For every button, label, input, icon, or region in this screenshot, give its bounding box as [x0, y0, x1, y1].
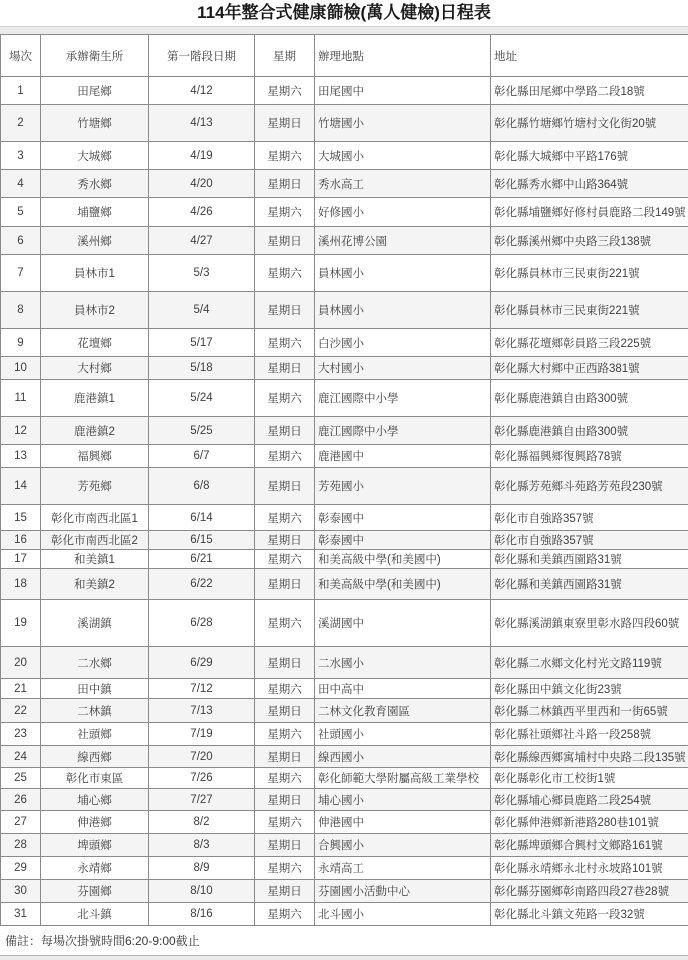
cell-address: 彰化縣芳苑鄉斗苑路芳苑段230號 — [491, 468, 688, 505]
cell-address: 彰化縣鹿港鎮自由路300號 — [491, 417, 688, 445]
cell-weekday: 星期六 — [255, 380, 315, 417]
cell-weekday: 星期日 — [255, 569, 315, 600]
cell-no: 20 — [1, 647, 41, 679]
table-row: 31北斗鎮8/16星期六北斗國小彰化縣北斗鎮文苑路一段32號 — [1, 903, 688, 926]
cell-weekday: 星期日 — [255, 105, 315, 142]
cell-location: 北斗國小 — [315, 903, 491, 926]
table-row: 9花壇鄉5/17星期六白沙國小彰化縣花壇鄉彰員路三段225號 — [1, 329, 688, 357]
cell-date: 7/26 — [149, 768, 255, 789]
cell-no: 1 — [1, 77, 41, 105]
table-row: 24線西鄉7/20星期日線西國小彰化縣線西鄉寓埔村中央路二段135號 — [1, 746, 688, 768]
cell-location: 線西國小 — [315, 746, 491, 768]
schedule-page: 114年整合式健康篩檢(萬人健檢)日程表 場次 承辦衛生所 第一階段日期 星期 … — [0, 0, 688, 960]
cell-office: 員林市2 — [41, 292, 149, 329]
cell-weekday: 星期日 — [255, 170, 315, 198]
cell-location: 大村國小 — [315, 357, 491, 380]
cell-office: 北斗鎮 — [41, 903, 149, 926]
cell-weekday: 星期日 — [255, 292, 315, 329]
table-row: 15彰化市南西北區16/14星期六彰泰國中彰化市自強路357號 — [1, 505, 688, 531]
bottom-strip — [0, 956, 688, 960]
cell-address: 彰化縣北斗鎮文苑路一段32號 — [491, 903, 688, 926]
cell-address: 彰化縣芬園鄉彰南路四段27巷28號 — [491, 880, 688, 903]
cell-weekday: 星期日 — [255, 880, 315, 903]
cell-office: 埤頭鄉 — [41, 834, 149, 857]
cell-office: 田中鎮 — [41, 679, 149, 699]
page-title: 114年整合式健康篩檢(萬人健檢)日程表 — [0, 0, 688, 26]
cell-office: 二林鎮 — [41, 699, 149, 723]
cell-location: 溪州花博公園 — [315, 227, 491, 255]
cell-date: 5/17 — [149, 329, 255, 357]
cell-date: 5/3 — [149, 255, 255, 292]
table-row: 16彰化市南西北區26/15星期日彰泰國中彰化市自強路357號 — [1, 531, 688, 550]
cell-no: 6 — [1, 227, 41, 255]
cell-date: 5/4 — [149, 292, 255, 329]
cell-office: 大城鄉 — [41, 142, 149, 170]
cell-no: 29 — [1, 857, 41, 880]
cell-location: 伸港國中 — [315, 811, 491, 834]
cell-date: 8/10 — [149, 880, 255, 903]
cell-location: 員林國小 — [315, 292, 491, 329]
table-row: 27伸港鄉8/2星期六伸港國中彰化縣伸港鄉新港路280巷101號 — [1, 811, 688, 834]
cell-no: 3 — [1, 142, 41, 170]
cell-address: 彰化縣大村鄉中正西路381號 — [491, 357, 688, 380]
cell-location: 員林國小 — [315, 255, 491, 292]
cell-address: 彰化縣線西鄉寓埔村中央路二段135號 — [491, 746, 688, 768]
cell-location: 好修國小 — [315, 198, 491, 227]
cell-location: 秀水高工 — [315, 170, 491, 198]
cell-address: 彰化縣埤頭鄉合興村文鄉路161號 — [491, 834, 688, 857]
cell-office: 花壇鄉 — [41, 329, 149, 357]
cell-weekday: 星期六 — [255, 550, 315, 569]
cell-location: 芳苑國小 — [315, 468, 491, 505]
cell-date: 8/2 — [149, 811, 255, 834]
cell-address: 彰化縣永靖鄉永北村永坡路101號 — [491, 857, 688, 880]
cell-address: 彰化縣田中鎮文化街23號 — [491, 679, 688, 699]
table-row: 28埤頭鄉8/3星期日合興國小彰化縣埤頭鄉合興村文鄉路161號 — [1, 834, 688, 857]
cell-office: 彰化市南西北區1 — [41, 505, 149, 531]
title-divider — [0, 26, 688, 34]
cell-location: 鹿江國際中小學 — [315, 380, 491, 417]
table-row: 22二林鎮7/13星期日二林文化教育園區彰化縣二林鎮西平里西和一街65號 — [1, 699, 688, 723]
cell-location: 鹿港國中 — [315, 445, 491, 468]
cell-office: 大村鄉 — [41, 357, 149, 380]
table-row: 29永靖鄉8/9星期六永靖高工彰化縣永靖鄉永北村永坡路101號 — [1, 857, 688, 880]
cell-office: 芬園鄉 — [41, 880, 149, 903]
cell-address: 彰化縣伸港鄉新港路280巷101號 — [491, 811, 688, 834]
cell-location: 彰化師範大學附屬高級工業學校 — [315, 768, 491, 789]
cell-weekday: 星期日 — [255, 417, 315, 445]
cell-no: 19 — [1, 600, 41, 647]
cell-no: 17 — [1, 550, 41, 569]
cell-address: 彰化縣員林市三民東街221號 — [491, 255, 688, 292]
cell-weekday: 星期六 — [255, 857, 315, 880]
cell-weekday: 星期日 — [255, 746, 315, 768]
cell-address: 彰化縣二水鄉文化村光文路119號 — [491, 647, 688, 679]
table-row: 26埔心鄉7/27星期日埔心國小彰化縣埔心鄉員鹿路二段254號 — [1, 789, 688, 811]
cell-no: 14 — [1, 468, 41, 505]
table-row: 20二水鄉6/29星期日二水國小彰化縣二水鄉文化村光文路119號 — [1, 647, 688, 679]
table-row: 13福興鄉6/7星期六鹿港國中彰化縣福興鄉復興路78號 — [1, 445, 688, 468]
table-row: 30芬園鄉8/10星期日芬園國小活動中心彰化縣芬園鄉彰南路四段27巷28號 — [1, 880, 688, 903]
cell-weekday: 星期六 — [255, 329, 315, 357]
cell-address: 彰化縣埔鹽鄉好修村員鹿路二段149號 — [491, 198, 688, 227]
cell-date: 4/20 — [149, 170, 255, 198]
cell-date: 8/9 — [149, 857, 255, 880]
cell-no: 23 — [1, 723, 41, 746]
cell-date: 5/24 — [149, 380, 255, 417]
table-row: 23社頭鄉7/19星期六社頭國小彰化縣社頭鄉社斗路一段258號 — [1, 723, 688, 746]
table-row: 7員林市15/3星期六員林國小彰化縣員林市三民東街221號 — [1, 255, 688, 292]
cell-weekday: 星期六 — [255, 505, 315, 531]
table-row: 3大城鄉4/19星期六大城國小彰化縣大城鄉中平路176號 — [1, 142, 688, 170]
cell-location: 竹塘國小 — [315, 105, 491, 142]
cell-address: 彰化縣秀水鄉中山路364號 — [491, 170, 688, 198]
cell-weekday: 星期六 — [255, 679, 315, 699]
table-row: 4秀水鄉4/20星期日秀水高工彰化縣秀水鄉中山路364號 — [1, 170, 688, 198]
cell-office: 員林市1 — [41, 255, 149, 292]
cell-weekday: 星期日 — [255, 531, 315, 550]
cell-address: 彰化縣花壇鄉彰員路三段225號 — [491, 329, 688, 357]
cell-date: 7/27 — [149, 789, 255, 811]
col-header-date: 第一階段日期 — [149, 35, 255, 77]
cell-address: 彰化縣田尾鄉中學路二段18號 — [491, 77, 688, 105]
cell-weekday: 星期日 — [255, 357, 315, 380]
table-row: 6溪州鄉4/27星期日溪州花博公園彰化縣溪州鄉中央路三段138號 — [1, 227, 688, 255]
cell-weekday: 星期六 — [255, 723, 315, 746]
cell-weekday: 星期六 — [255, 768, 315, 789]
cell-address: 彰化縣二林鎮西平里西和一街65號 — [491, 699, 688, 723]
table-row: 10大村鄉5/18星期日大村國小彰化縣大村鄉中正西路381號 — [1, 357, 688, 380]
table-row: 11鹿港鎮15/24星期六鹿江國際中小學彰化縣鹿港鎮自由路300號 — [1, 380, 688, 417]
cell-date: 6/7 — [149, 445, 255, 468]
cell-office: 彰化市南西北區2 — [41, 531, 149, 550]
cell-location: 芬園國小活動中心 — [315, 880, 491, 903]
table-row: 21田中鎮7/12星期六田中高中彰化縣田中鎮文化街23號 — [1, 679, 688, 699]
cell-date: 8/3 — [149, 834, 255, 857]
cell-date: 7/19 — [149, 723, 255, 746]
table-row: 2竹塘鄉4/13星期日竹塘國小彰化縣竹塘鄉竹塘村文化街20號 — [1, 105, 688, 142]
cell-office: 秀水鄉 — [41, 170, 149, 198]
cell-date: 7/12 — [149, 679, 255, 699]
cell-address: 彰化縣和美鎮西園路31號 — [491, 550, 688, 569]
table-row: 19溪湖鎮6/28星期六溪湖國中彰化縣溪湖鎮東寮里彰水路四段60號 — [1, 600, 688, 647]
header-row: 場次 承辦衛生所 第一階段日期 星期 辦理地點 地址 — [1, 35, 688, 77]
col-header-weekday: 星期 — [255, 35, 315, 77]
cell-date: 6/28 — [149, 600, 255, 647]
cell-location: 田尾國中 — [315, 77, 491, 105]
cell-no: 27 — [1, 811, 41, 834]
cell-address: 彰化縣溪湖鎮東寮里彰水路四段60號 — [491, 600, 688, 647]
cell-date: 8/16 — [149, 903, 255, 926]
cell-no: 12 — [1, 417, 41, 445]
cell-no: 15 — [1, 505, 41, 531]
cell-address: 彰化縣彰化市工校街1號 — [491, 768, 688, 789]
cell-weekday: 星期日 — [255, 647, 315, 679]
cell-weekday: 星期六 — [255, 198, 315, 227]
cell-date: 4/13 — [149, 105, 255, 142]
cell-date: 7/20 — [149, 746, 255, 768]
cell-date: 6/22 — [149, 569, 255, 600]
schedule-table: 場次 承辦衛生所 第一階段日期 星期 辦理地點 地址 1田尾鄉4/12星期六田尾… — [0, 34, 688, 926]
cell-weekday: 星期日 — [255, 699, 315, 723]
cell-no: 31 — [1, 903, 41, 926]
cell-no: 26 — [1, 789, 41, 811]
cell-location: 田中高中 — [315, 679, 491, 699]
table-row: 18和美鎮26/22星期日和美高級中學(和美國中)彰化縣和美鎮西園路31號 — [1, 569, 688, 600]
cell-weekday: 星期六 — [255, 600, 315, 647]
cell-location: 二水國小 — [315, 647, 491, 679]
cell-weekday: 星期日 — [255, 789, 315, 811]
cell-office: 溪州鄉 — [41, 227, 149, 255]
cell-no: 7 — [1, 255, 41, 292]
cell-office: 溪湖鎮 — [41, 600, 149, 647]
cell-date: 4/27 — [149, 227, 255, 255]
cell-no: 21 — [1, 679, 41, 699]
cell-location: 白沙國小 — [315, 329, 491, 357]
table-row: 12鹿港鎮25/25星期日鹿江國際中小學彰化縣鹿港鎮自由路300號 — [1, 417, 688, 445]
footer-note: 備註：每場次掛號時間6:20-9:00截止 — [0, 926, 688, 956]
cell-address: 彰化縣員林市三民東街221號 — [491, 292, 688, 329]
cell-office: 和美鎮2 — [41, 569, 149, 600]
cell-office: 伸港鄉 — [41, 811, 149, 834]
col-header-location: 辦理地點 — [315, 35, 491, 77]
cell-address: 彰化縣和美鎮西園路31號 — [491, 569, 688, 600]
cell-location: 彰泰國中 — [315, 505, 491, 531]
cell-no: 11 — [1, 380, 41, 417]
cell-location: 彰泰國中 — [315, 531, 491, 550]
cell-date: 4/12 — [149, 77, 255, 105]
cell-location: 埔心國小 — [315, 789, 491, 811]
cell-address: 彰化縣福興鄉復興路78號 — [491, 445, 688, 468]
table-row: 14芳苑鄉6/8星期日芳苑國小彰化縣芳苑鄉斗苑路芳苑段230號 — [1, 468, 688, 505]
cell-address: 彰化縣埔心鄉員鹿路二段254號 — [491, 789, 688, 811]
table-row: 5埔鹽鄉4/26星期六好修國小彰化縣埔鹽鄉好修村員鹿路二段149號 — [1, 198, 688, 227]
cell-date: 5/25 — [149, 417, 255, 445]
cell-office: 竹塘鄉 — [41, 105, 149, 142]
cell-office: 線西鄉 — [41, 746, 149, 768]
cell-weekday: 星期六 — [255, 77, 315, 105]
cell-address: 彰化市自強路357號 — [491, 531, 688, 550]
cell-office: 福興鄉 — [41, 445, 149, 468]
table-row: 8員林市25/4星期日員林國小彰化縣員林市三民東街221號 — [1, 292, 688, 329]
cell-office: 永靖鄉 — [41, 857, 149, 880]
cell-date: 6/15 — [149, 531, 255, 550]
cell-office: 埔鹽鄉 — [41, 198, 149, 227]
cell-no: 5 — [1, 198, 41, 227]
cell-office: 埔心鄉 — [41, 789, 149, 811]
cell-weekday: 星期六 — [255, 903, 315, 926]
cell-office: 和美鎮1 — [41, 550, 149, 569]
col-header-address: 地址 — [491, 35, 688, 77]
cell-office: 田尾鄉 — [41, 77, 149, 105]
cell-location: 二林文化教育園區 — [315, 699, 491, 723]
cell-date: 5/18 — [149, 357, 255, 380]
cell-location: 和美高級中學(和美國中) — [315, 550, 491, 569]
cell-date: 4/19 — [149, 142, 255, 170]
cell-no: 28 — [1, 834, 41, 857]
cell-address: 彰化縣竹塘鄉竹塘村文化街20號 — [491, 105, 688, 142]
cell-date: 6/14 — [149, 505, 255, 531]
cell-no: 25 — [1, 768, 41, 789]
cell-address: 彰化市自強路357號 — [491, 505, 688, 531]
cell-weekday: 星期六 — [255, 255, 315, 292]
table-row: 17和美鎮16/21星期六和美高級中學(和美國中)彰化縣和美鎮西園路31號 — [1, 550, 688, 569]
cell-office: 鹿港鎮2 — [41, 417, 149, 445]
cell-no: 13 — [1, 445, 41, 468]
cell-weekday: 星期六 — [255, 445, 315, 468]
col-header-session: 場次 — [1, 35, 41, 77]
cell-location: 鹿江國際中小學 — [315, 417, 491, 445]
cell-location: 社頭國小 — [315, 723, 491, 746]
cell-address: 彰化縣鹿港鎮自由路300號 — [491, 380, 688, 417]
cell-no: 22 — [1, 699, 41, 723]
cell-office: 二水鄉 — [41, 647, 149, 679]
cell-location: 和美高級中學(和美國中) — [315, 569, 491, 600]
cell-no: 8 — [1, 292, 41, 329]
cell-date: 6/8 — [149, 468, 255, 505]
cell-office: 芳苑鄉 — [41, 468, 149, 505]
cell-no: 24 — [1, 746, 41, 768]
cell-date: 4/26 — [149, 198, 255, 227]
cell-location: 大城國小 — [315, 142, 491, 170]
cell-address: 彰化縣社頭鄉社斗路一段258號 — [491, 723, 688, 746]
cell-no: 10 — [1, 357, 41, 380]
cell-office: 社頭鄉 — [41, 723, 149, 746]
col-header-office: 承辦衛生所 — [41, 35, 149, 77]
table-row: 1田尾鄉4/12星期六田尾國中彰化縣田尾鄉中學路二段18號 — [1, 77, 688, 105]
cell-no: 9 — [1, 329, 41, 357]
cell-date: 6/29 — [149, 647, 255, 679]
cell-weekday: 星期日 — [255, 227, 315, 255]
cell-no: 2 — [1, 105, 41, 142]
table-row: 25彰化市東區7/26星期六彰化師範大學附屬高級工業學校彰化縣彰化市工校街1號 — [1, 768, 688, 789]
cell-weekday: 星期日 — [255, 468, 315, 505]
cell-no: 4 — [1, 170, 41, 198]
cell-address: 彰化縣溪州鄉中央路三段138號 — [491, 227, 688, 255]
cell-date: 7/13 — [149, 699, 255, 723]
cell-address: 彰化縣大城鄉中平路176號 — [491, 142, 688, 170]
cell-date: 6/21 — [149, 550, 255, 569]
cell-weekday: 星期六 — [255, 142, 315, 170]
cell-no: 18 — [1, 569, 41, 600]
cell-office: 鹿港鎮1 — [41, 380, 149, 417]
cell-no: 30 — [1, 880, 41, 903]
cell-weekday: 星期六 — [255, 811, 315, 834]
cell-location: 合興國小 — [315, 834, 491, 857]
cell-location: 永靖高工 — [315, 857, 491, 880]
cell-weekday: 星期日 — [255, 834, 315, 857]
cell-location: 溪湖國中 — [315, 600, 491, 647]
cell-no: 16 — [1, 531, 41, 550]
cell-office: 彰化市東區 — [41, 768, 149, 789]
